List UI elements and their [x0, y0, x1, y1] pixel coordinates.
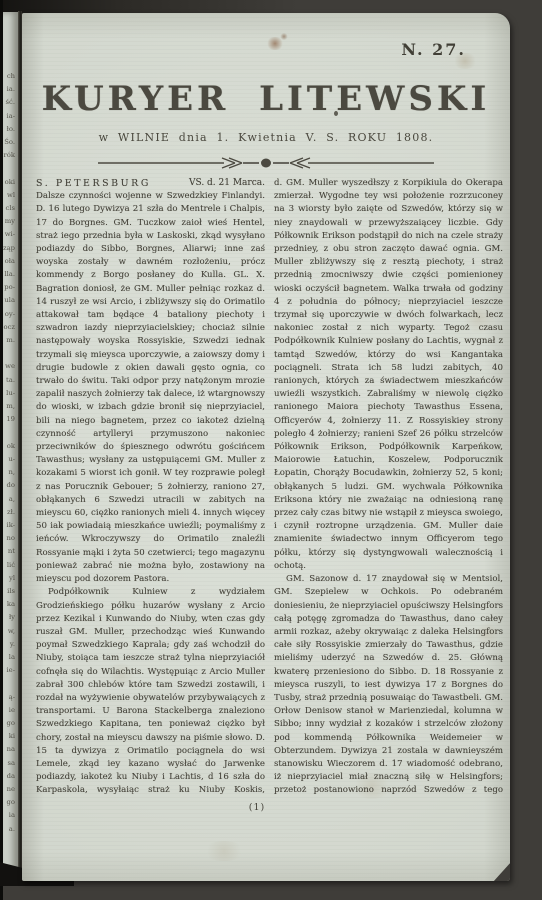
paragraph: Podpółkownik Kulniew z wydziałem Grodzie… [36, 586, 265, 797]
column-right: d. GM. Muller wyszedłszy z Korpikiula do… [274, 177, 503, 797]
paragraph: GM. Sazonow d. 17 znaydował się w Mentsi… [274, 573, 503, 797]
ink-spot [334, 111, 338, 116]
article-heading: S. PETERSBURG VS. d. 21 Marca. [36, 177, 265, 190]
article-columns: S. PETERSBURG VS. d. 21 Marca. Dalsze cz… [36, 177, 503, 797]
adjacent-page-sliver: chia.ść.ia-ło.Śo.rók okiwlclsmywi-ząpoła… [3, 12, 18, 872]
adjacent-page-text-fragments: chia.ść.ia-ło.Śo.rók okiwlclsmywi-ząpoła… [3, 70, 18, 836]
divider-ornament [96, 155, 436, 171]
article-heading-date: VS. d. 21 Marca. [189, 177, 265, 190]
paragraph: d. GM. Muller wyszedłszy z Korpikiula do… [274, 177, 503, 573]
book-scan: chia.ść.ia-ło.Śo.rók okiwlclsmywi-ząpoła… [0, 0, 542, 900]
dateline: w WILNIE dnia 1. Kwietnia V. S. ROKU 180… [22, 131, 510, 144]
stain [266, 37, 284, 50]
page-signature: (1) [22, 802, 492, 813]
newspaper-page: N. 27. KURYER LITEWSKI w WILNIE dnia 1. … [22, 13, 510, 881]
article-heading-place: S. PETERSBURG [36, 177, 151, 190]
issue-number: N. 27. [401, 40, 466, 59]
masthead-title: KURYER LITEWSKI [22, 79, 510, 119]
stain [280, 33, 288, 40]
column-left: S. PETERSBURG VS. d. 21 Marca. Dalsze cz… [36, 177, 265, 797]
stain [202, 841, 246, 861]
paragraph: Dalsze czynności wojenne w Szwedzkiey Fi… [36, 190, 265, 586]
